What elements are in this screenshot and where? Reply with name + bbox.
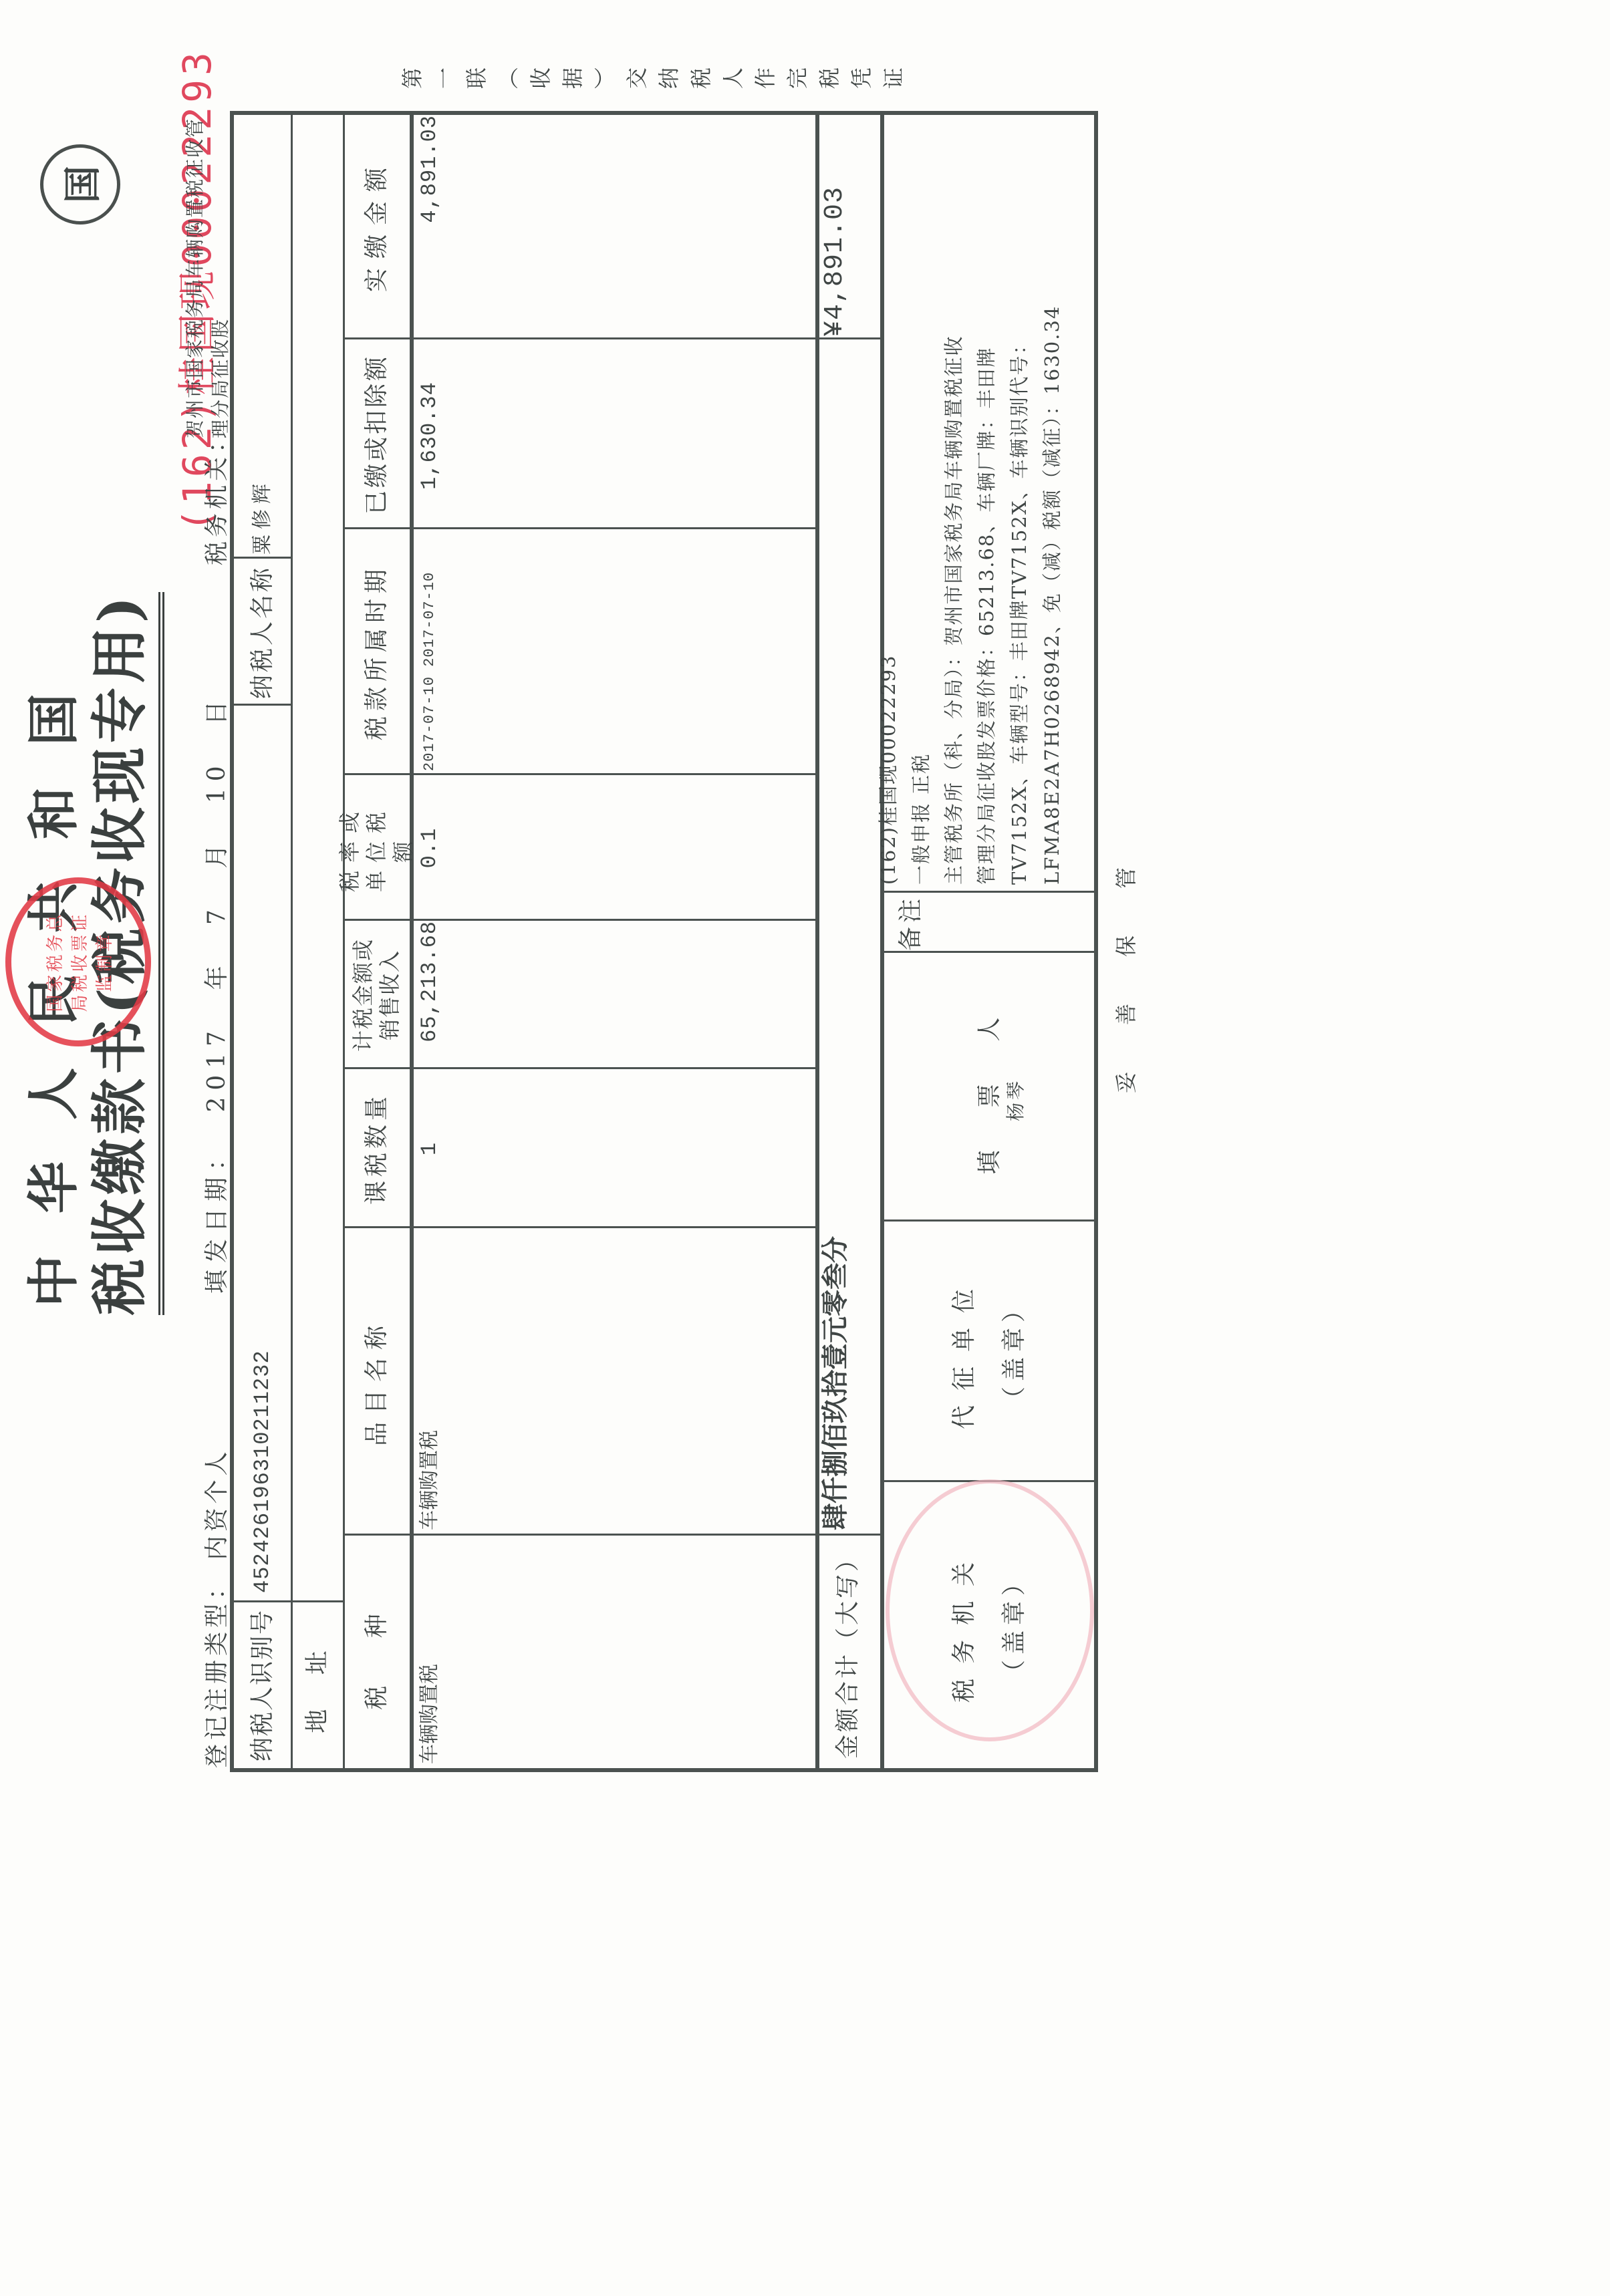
emblem-char: 国 bbox=[53, 166, 107, 203]
remark-line: LFMA8E2A7H0268942、免（减）税额（减征）：1630.34 bbox=[1036, 305, 1069, 885]
filler-box: 填 票 人 杨琴 bbox=[880, 953, 1098, 1222]
col-item-name: 品目名称 bbox=[343, 1228, 410, 1536]
fill-date-year: 2017 bbox=[203, 1024, 231, 1113]
total-label-text: 金额合计 bbox=[833, 1652, 863, 1759]
fill-date-label: 填发日期： bbox=[203, 1140, 231, 1294]
remarks-content: (162)桂国现00022293 一般申报 正税 主管税务所（科、分局）：贺州市… bbox=[872, 305, 1069, 885]
cell-period: 2017-07-10 2017-07-10 bbox=[413, 531, 446, 771]
col-rate: 税率或单位税额 bbox=[343, 775, 410, 921]
filler-name: 杨琴 bbox=[1004, 1079, 1027, 1121]
stamp-text: 国家税务总局税收票证监制章 bbox=[41, 912, 116, 1012]
remark-line: 一般申报 正税 bbox=[905, 305, 938, 885]
copy-note-text: 第一联（收据）交纳税人作完税凭证 bbox=[401, 67, 914, 92]
agent-seal-box: 代征单位 （盖章） bbox=[880, 1222, 1098, 1482]
agent-label: 代征单位 bbox=[949, 1274, 979, 1429]
remark-line: (162)桂国现00022293 bbox=[872, 305, 905, 885]
month-unit: 月 bbox=[203, 838, 231, 869]
filler-label: 填 票 人 bbox=[974, 1000, 1004, 1175]
registration-type-label: 登记注册类型： bbox=[203, 1572, 231, 1768]
remarks-label: 备注 bbox=[880, 893, 940, 953]
keep-safe-note: 妥善保管 bbox=[1109, 821, 1140, 1093]
fill-date-month: 7 bbox=[203, 903, 231, 925]
copy-note: 第一联（收据）交纳税人作完税凭证 bbox=[401, 64, 914, 104]
tax-authority-line2: 理分局征收股 bbox=[206, 318, 233, 438]
taxpayer-id-value: 452426196310211232 bbox=[234, 1259, 291, 1593]
national-emblem-icon: 国 bbox=[40, 144, 120, 225]
total-amount-figure: ¥4,891.03 bbox=[815, 136, 855, 337]
remark-line: 管理分局征收股发票价格：65213.68、车辆厂牌：丰田牌 bbox=[970, 305, 1003, 885]
remark-line: TV7152X、车辆型号：丰田牌TV7152X、车辆识别代号： bbox=[1003, 305, 1036, 885]
cell-paid-deducted: 1,630.34 bbox=[413, 342, 446, 529]
fill-date: 填发日期： 2017 年 7 月 10 日 bbox=[198, 694, 232, 1294]
cell-item-name: 车辆购置税 bbox=[413, 1236, 446, 1530]
col-quantity: 课税数量 bbox=[343, 1069, 410, 1228]
tax-authority-line1: 贺州市国家税务局车辆购置税征收管 bbox=[180, 118, 207, 438]
total-label: 金额合计 （大写） bbox=[815, 1536, 880, 1768]
total-amount-words: 肆仟捌佰玖拾壹元零叁分 bbox=[815, 1062, 855, 1530]
col-paid-deducted: 已缴或扣除额 bbox=[343, 339, 410, 529]
tax-payment-receipt: 国 中华人民共和国 税收缴款书(税务收现专用) 国家税务总局税收票证监制章 (1… bbox=[0, 0, 1610, 2296]
address-label: 地 址 bbox=[291, 1602, 343, 1768]
col-actual-paid: 实缴金额 bbox=[343, 111, 410, 339]
agent-seal-note: （盖章） bbox=[999, 1293, 1029, 1411]
tax-table: 纳税人识别号 452426196310211232 纳税人名称 粟修辉 地 址 … bbox=[230, 111, 1098, 1772]
cell-actual-paid: 4,891.03 bbox=[413, 115, 446, 339]
tax-authority-label: 税务机关： bbox=[198, 425, 232, 565]
remark-line: 主管税务所（科、分局）：贺州市国家税务局车辆购置税征收 bbox=[938, 305, 970, 885]
year-unit: 年 bbox=[203, 959, 231, 990]
col-tax-type: 税 种 bbox=[343, 1536, 410, 1768]
col-taxable-amount: 计税金额或销售收入 bbox=[343, 921, 410, 1069]
supervision-stamp: 国家税务总局税收票证监制章 bbox=[5, 877, 151, 1046]
cell-taxable-amount: 65,213.68 bbox=[413, 921, 446, 1069]
address-value bbox=[291, 111, 343, 1600]
cell-rate: 0.1 bbox=[413, 775, 446, 921]
fill-date-day: 10 bbox=[203, 759, 231, 803]
taxpayer-name-value: 粟修辉 bbox=[234, 354, 291, 555]
day-unit: 日 bbox=[203, 694, 231, 725]
tax-authority-seal-stamp bbox=[886, 1479, 1094, 1741]
col-period: 税款所属时期 bbox=[343, 529, 410, 775]
registration-type: 登记注册类型： 内资个人 bbox=[198, 1448, 232, 1768]
cell-tax-type: 车辆购置税 bbox=[413, 1537, 446, 1764]
taxpayer-name-label: 纳税人名称 bbox=[234, 559, 291, 706]
total-capital-label: （大写） bbox=[833, 1545, 863, 1652]
cell-quantity: 1 bbox=[413, 1069, 446, 1228]
taxpayer-id-label: 纳税人识别号 bbox=[234, 1602, 291, 1768]
registration-type-value: 内资个人 bbox=[203, 1448, 231, 1560]
